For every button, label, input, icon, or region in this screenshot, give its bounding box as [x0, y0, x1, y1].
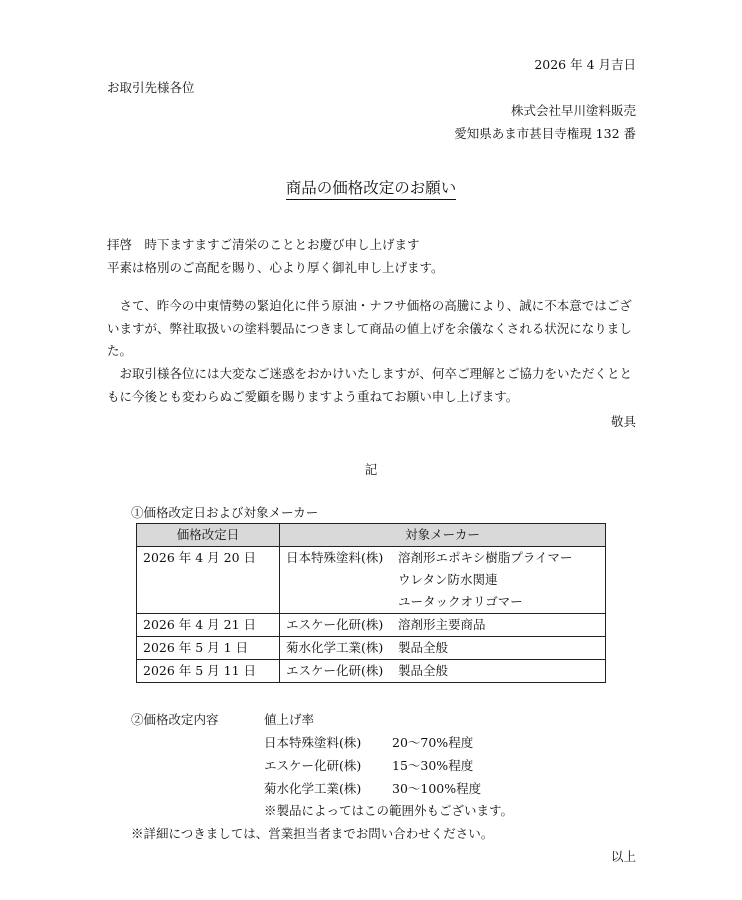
- cell-maker: 日本特殊塗料(株)溶剤形エポキシ樹脂プライマー ウレタン防水関連 ユータックオリ…: [280, 547, 606, 614]
- rate-row: 日本特殊塗料(株)20～70%程度: [264, 733, 473, 751]
- rate-value: 15～30%程度: [392, 758, 473, 773]
- section1-heading: ①価格改定日および対象メーカー: [131, 503, 318, 521]
- sender-company: 株式会社早川塗料販売: [511, 101, 636, 119]
- cell-maker: エスケー化研(株)製品全般: [280, 660, 606, 683]
- document-title-text: 商品の価格改定のお願い: [286, 179, 457, 200]
- product: 溶剤形エポキシ樹脂プライマー: [398, 547, 573, 569]
- maker-name: 日本特殊塗料(株): [286, 547, 398, 569]
- sender-address: 愛知県あま市甚目寺権現 132 番: [454, 124, 636, 142]
- table-header-row: 価格改定日 対象メーカー: [137, 524, 606, 547]
- rate-maker: 菊水化学工業(株): [264, 779, 392, 797]
- rate-value: 30～100%程度: [392, 781, 481, 796]
- cell-date: 2026 年 4 月 21 日: [137, 614, 280, 637]
- rate-row: エスケー化研(株)15～30%程度: [264, 756, 473, 774]
- body-paragraph-1: さて、昨今の中東情勢の緊迫化に伴う原油・ナフサ価格の高騰により、誠に不本意ではご…: [107, 295, 637, 363]
- body-paragraph-2: お取引様各位には大変なご迷惑をおかけいたしますが、何卒ご理解とご協力をいただくと…: [107, 363, 637, 408]
- column-header-maker: 対象メーカー: [280, 524, 606, 547]
- product: 製品全般: [398, 637, 448, 659]
- end-ijou: 以上: [611, 847, 636, 865]
- table-row: 2026 年 4 月 20 日 日本特殊塗料(株)溶剤形エポキシ樹脂プライマー …: [137, 547, 606, 614]
- rate-maker: 日本特殊塗料(株): [264, 733, 392, 751]
- rate-value: 20～70%程度: [392, 735, 473, 750]
- rate-maker: エスケー化研(株): [264, 756, 392, 774]
- table-row: 2026 年 4 月 21 日 エスケー化研(株)溶剤形主要商品: [137, 614, 606, 637]
- footer-note: ※詳細につきましては、営業担当者までお問い合わせください。: [131, 824, 493, 842]
- section2-heading: ②価格改定内容: [131, 710, 219, 728]
- maker-name: エスケー化研(株): [286, 660, 398, 682]
- cell-date: 2026 年 5 月 11 日: [137, 660, 280, 683]
- cell-date: 2026 年 5 月 1 日: [137, 637, 280, 660]
- product: ウレタン防水関連: [398, 569, 498, 591]
- cell-date: 2026 年 4 月 20 日: [137, 547, 280, 614]
- rate-note: ※製品によってはこの範囲外もございます。: [264, 801, 513, 819]
- cell-maker: 菊水化学工業(株)製品全般: [280, 637, 606, 660]
- product: 製品全般: [398, 660, 448, 682]
- recipient: お取引先様各位: [107, 78, 195, 96]
- closing-keigu: 敬具: [611, 412, 636, 430]
- greeting-line2: 平素は格別のご高配を賜り、心より厚く御礼申し上げます。: [107, 258, 444, 276]
- price-revision-table: 価格改定日 対象メーカー 2026 年 4 月 20 日 日本特殊塗料(株)溶剤…: [136, 523, 606, 683]
- table-row: 2026 年 5 月 1 日 菊水化学工業(株)製品全般: [137, 637, 606, 660]
- section2-subheading: 値上げ率: [264, 710, 314, 728]
- greeting-line1: 拝啓 時下ますますご清栄のこととお慶び申し上げます: [107, 235, 420, 253]
- ki-heading: 記: [0, 460, 742, 478]
- rate-row: 菊水化学工業(株)30～100%程度: [264, 779, 481, 797]
- maker-name: 菊水化学工業(株): [286, 637, 398, 659]
- column-header-date: 価格改定日: [137, 524, 280, 547]
- product: ユータックオリゴマー: [398, 591, 523, 613]
- table-row: 2026 年 5 月 11 日 エスケー化研(株)製品全般: [137, 660, 606, 683]
- product: 溶剤形主要商品: [398, 614, 486, 636]
- document-date: 2026 年 4 月吉日: [534, 55, 636, 73]
- cell-maker: エスケー化研(株)溶剤形主要商品: [280, 614, 606, 637]
- maker-name: エスケー化研(株): [286, 614, 398, 636]
- document-title: 商品の価格改定のお願い: [0, 176, 742, 198]
